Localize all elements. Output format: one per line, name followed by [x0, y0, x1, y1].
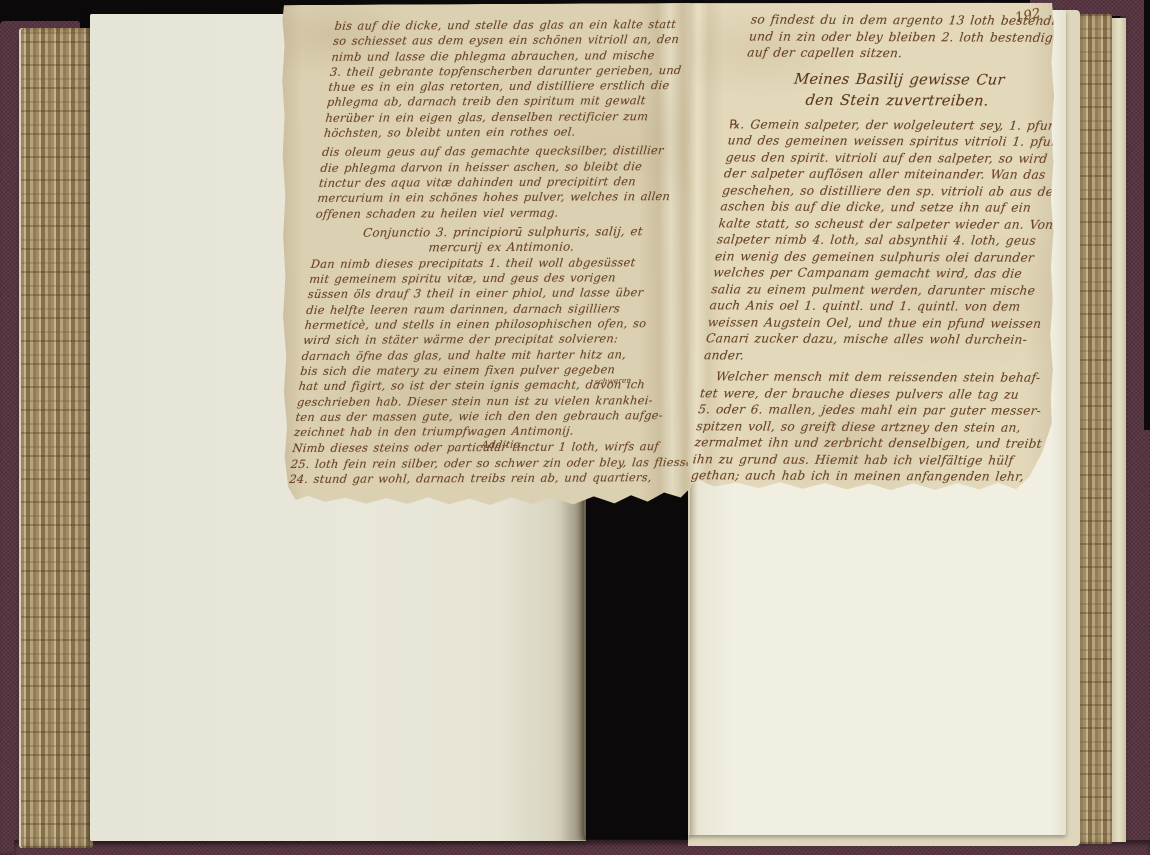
- manuscript-line: tet were, der brauche dieses pulvers all…: [699, 385, 1031, 403]
- manuscript-line: geschehen, so distilliere den sp. vitrio…: [721, 182, 1053, 200]
- background-sliver: [1144, 0, 1150, 430]
- manuscript-line: salpeter nimb 4. loth, sal absynthii 4. …: [716, 231, 1048, 249]
- paragraph-distillation: bis auf die dicke, und stelle das glas a…: [323, 17, 713, 141]
- manuscript-line: süssen öls drauf 3 theil in einer phiol,…: [307, 285, 687, 302]
- manuscript-text-right: so findest du in dem argento 13 loth bes…: [690, 11, 1072, 485]
- manuscript-line: Conjunctio 3. principiorū sulphuris, sal…: [313, 224, 693, 241]
- manuscript-line: ihn zu grund aus. Hiemit hab ich vielfäl…: [692, 451, 1024, 469]
- paragraph-oleum: dis oleum geus auf das gemachte quecksil…: [315, 143, 701, 222]
- manuscript-line: salia zu einem pulment werden, darunter …: [711, 281, 1043, 299]
- additio-label: Additio.: [481, 440, 524, 452]
- manuscript-line: ein wenig des gemeinen sulphuris olei da…: [714, 248, 1046, 266]
- manuscript-line: und in zin oder bley bleiben 2. loth bes…: [748, 28, 1070, 46]
- manuscript-line: der salpeter auflösen aller miteinander.…: [723, 165, 1055, 183]
- manuscript-line: so schiesset aus dem eysen ein schönen v…: [332, 32, 712, 49]
- manuscript-line: den Stein zuvertreiben.: [731, 89, 1063, 111]
- manuscript-line: Meines Basilij gewisse Cur: [733, 68, 1065, 90]
- manuscript-line: 24. stund gar wohl, darnach treibs rein …: [289, 470, 669, 487]
- manuscript-line: höchsten, so bleibt unten ein rothes oel…: [323, 124, 703, 141]
- section-heading-conjunctio: Conjunctio 3. principiorū sulphuris, sal…: [312, 224, 693, 257]
- manuscript-line: offenen schaden zu heilen viel vermag.: [315, 204, 695, 221]
- manuscript-line: so findest du in dem argento 13 loth bes…: [750, 11, 1072, 29]
- paragraph-recipe: ℞. Gemein salpeter, der wolgeleutert sey…: [703, 116, 1060, 365]
- manuscript-text-left: bis auf die dicke, und stelle das glas a…: [289, 17, 714, 488]
- gutter-guard-strip: [584, 468, 690, 839]
- manuscript-line: Canari zucker dazu, mische alles wohl du…: [705, 330, 1037, 348]
- manuscript-line: spitzen voll, so greift diese artzney de…: [696, 418, 1028, 436]
- manuscript-leaf-right: 192 so findest du in dem argento 13 loth…: [685, 1, 1055, 492]
- manuscript-line: geus den spirit. vitrioli auf den salpet…: [725, 149, 1057, 167]
- manuscript-line: Welcher mensch mit dem reissenden stein …: [701, 368, 1033, 386]
- manuscript-line: und des gemeinen weissen spiritus vitrio…: [727, 132, 1059, 150]
- manuscript-line: auch Anis oel 1. quintl. und 1. quintl. …: [709, 297, 1041, 315]
- left-page-block-fore-edge: [21, 28, 93, 848]
- manuscript-line: thue es in ein glas retorten, und distil…: [328, 78, 708, 95]
- manuscript-line: mercurium in ein schönes hohes pulver, w…: [317, 189, 697, 206]
- book-cover-left-edge: [0, 24, 23, 855]
- photo-of-open-manuscript-book: bis auf die dicke, und stelle das glas a…: [0, 0, 1150, 855]
- gutter-shadow: [560, 460, 586, 840]
- manuscript-line: aschen bis auf die dicke, und setze ihn …: [720, 198, 1052, 216]
- manuscript-line: hermeticè, und stells in einen philosoph…: [304, 316, 684, 333]
- manuscript-line: gethan; auch hab ich in meinen anfangend…: [690, 467, 1022, 485]
- manuscript-line: auf der capellen sitzen.: [746, 44, 1068, 62]
- manuscript-line: darnach öfne das glas, und halte mit har…: [301, 347, 681, 364]
- manuscript-line: ander.: [703, 347, 1035, 365]
- paragraph-precipitat: Dan nimb dieses precipitats 1. theil wol…: [293, 255, 689, 441]
- manuscript-line: geschrieben hab. Dieser stein nun ist zu…: [296, 393, 676, 410]
- paragraph-usage: Welcher mensch mit dem reissenden stein …: [690, 368, 1033, 485]
- manuscript-line: weissen Augstein Oel, und thue ein pfund…: [707, 314, 1039, 332]
- right-endpaper-edge: [1112, 18, 1126, 842]
- manuscript-line: kalte statt, so scheust der salpeter wie…: [718, 215, 1050, 233]
- manuscript-leaf-left: bis auf die dicke, und stelle das glas a…: [281, 3, 698, 507]
- paragraph-additio: Nimb dieses steins oder particular tinct…: [289, 439, 672, 487]
- manuscript-line: nimb und lasse die phlegma abrauchen, un…: [331, 47, 711, 64]
- manuscript-line: 5. oder 6. mallen, jedes mahl ein par gu…: [697, 401, 1029, 419]
- interlinear-insertion: schweren: [594, 376, 631, 386]
- manuscript-line: Dan nimb dieses precipitats 1. theil wol…: [310, 255, 690, 272]
- manuscript-line: zeichnet hab in den triumpfwagen Antimon…: [293, 423, 673, 440]
- manuscript-line: zermalmet ihn und zerbricht denselbigen,…: [694, 434, 1026, 452]
- manuscript-line: ten aus der massen gute, wie ich den den…: [295, 408, 675, 425]
- manuscript-line: dis oleum geus auf das gemachte quecksil…: [321, 143, 701, 160]
- manuscript-line: herüber in ein eigen glas, denselben rec…: [325, 109, 705, 126]
- manuscript-line: ℞. Gemein salpeter, der wolgeleutert sey…: [729, 116, 1061, 134]
- paragraph-gold-result: so findest du in dem argento 13 loth bes…: [736, 11, 1071, 62]
- section-heading-basilius-cure: Meines Basilij gewisse Curden Stein zuve…: [731, 68, 1066, 111]
- manuscript-line: welches per Campanam gemacht wird, das d…: [712, 264, 1044, 282]
